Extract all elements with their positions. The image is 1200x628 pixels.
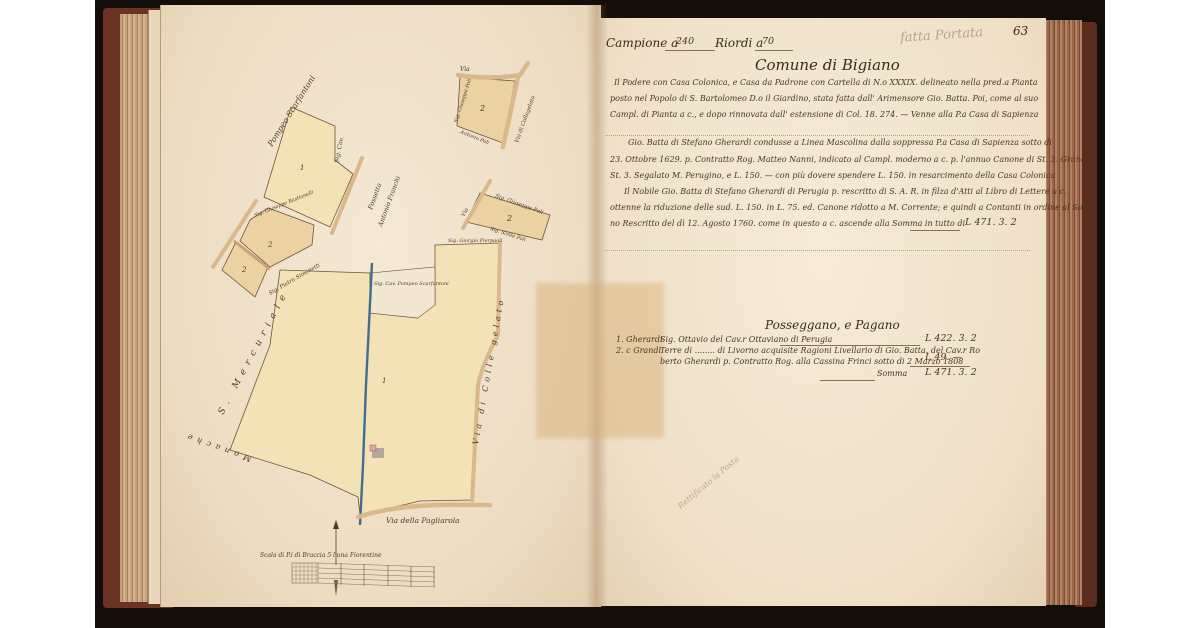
parcel-label: 2 — [267, 241, 273, 249]
paragraph-1-line-2: posto nel Popolo di S. Bartolomeo D.o il… — [610, 94, 1038, 103]
paragraph-2-line-3: St. 3. Segalato M. Perugino, e L. 150. —… — [610, 171, 1055, 180]
possessor-2-index: 2. c Grandi — [616, 346, 661, 355]
paragraph-3-line-1: Il Nobile Gio. Batta di Stefano Gherardi… — [624, 187, 1067, 196]
sum-label: Somma — [877, 369, 907, 378]
paragraph-3-line-3: no Rescritto del dì 12. Agosto 1760. com… — [610, 219, 965, 228]
label-via-collegelato-top: Via di Collegelato — [514, 95, 537, 144]
paragraph-2-line-2: 23. Ottobre 1629. p. Contratto Rog. Matt… — [610, 155, 1088, 164]
parcel-label: 1 — [382, 377, 386, 385]
separator — [605, 135, 1030, 136]
possessor-1-text: Sig. Ottavio del Cav.r Ottaviano di Peru… — [660, 335, 832, 344]
paragraph-1-line-1: Il Podere con Casa Colonica, e Casa da P… — [614, 78, 1038, 87]
parcel-label: 2 — [241, 266, 247, 274]
separator — [605, 250, 1030, 251]
label-fossetta: Fossetta — [366, 182, 383, 212]
scale-bar — [292, 563, 435, 587]
cadastral-map: 1 2 2 2 2 1 Pompeo Scarfantoni Sig. Cav.… — [160, 5, 600, 607]
sum-value: L 471. 3. 2 — [925, 367, 977, 378]
label-pierpaoli: Sig. Giorgio Pierpaoli — [448, 238, 503, 244]
label-via-pagliarola: Via della Pagliarola — [386, 516, 460, 525]
riordi-value: 70 — [762, 36, 774, 47]
possessors-title: Posseggano, e Pagano — [765, 318, 900, 332]
label-cav-scarfantoni: Sig. Cav. Pompeo Scarfantoni — [374, 281, 449, 287]
label-via-top: Via — [460, 66, 470, 73]
parcel-label: 2 — [479, 104, 485, 113]
scale-caption: Scala di P.i di Braccia 5 l'una Fiorenti… — [260, 552, 382, 559]
paragraph-1-line-3: Campl. di Pianta a c., e dopo rinnovata … — [610, 110, 1038, 119]
campione-rule — [665, 50, 715, 51]
parcel-neighbor-pierpaoli — [370, 267, 435, 318]
total-rule — [910, 230, 960, 231]
farmhouse-roof — [370, 445, 376, 451]
possessor-1-amount: L 422. 3. 2 — [925, 333, 977, 344]
north-arrow-head — [333, 520, 339, 529]
possessor-1-index: 1. Gherardi — [616, 335, 663, 344]
page-number: 63 — [1013, 24, 1028, 38]
riordi-label: Riordi a — [715, 36, 763, 50]
page-edges-right — [1042, 20, 1082, 605]
parcel-label: 2 — [506, 214, 512, 223]
south-arrow-feather — [334, 580, 338, 597]
paragraph-2-line-1: Gio. Batta di Stefano Gherardi condusse … — [628, 138, 1052, 147]
sum-lead-rule — [820, 380, 875, 381]
label-antonio-franchi: Antonio Franchi — [376, 175, 402, 229]
riordi-rule — [755, 50, 793, 51]
document-title: Comune di Bigiano — [755, 56, 900, 74]
possessor-2-amount: L 49. — — [925, 352, 962, 363]
campione-value: 240 — [676, 36, 694, 47]
paragraph-3-total: L 471. 3. 2 — [965, 217, 1017, 228]
parcel-label: 1 — [300, 164, 304, 172]
paragraph-3-line-2: ottenne la riduzione delle sud. L. 150. … — [610, 203, 1096, 212]
parcel-1-main — [230, 243, 500, 515]
possessor-2-text-cont: berto Gherardi p. Contratto Rog. alla Ca… — [660, 357, 963, 366]
campione-label: Campione a — [606, 36, 678, 50]
